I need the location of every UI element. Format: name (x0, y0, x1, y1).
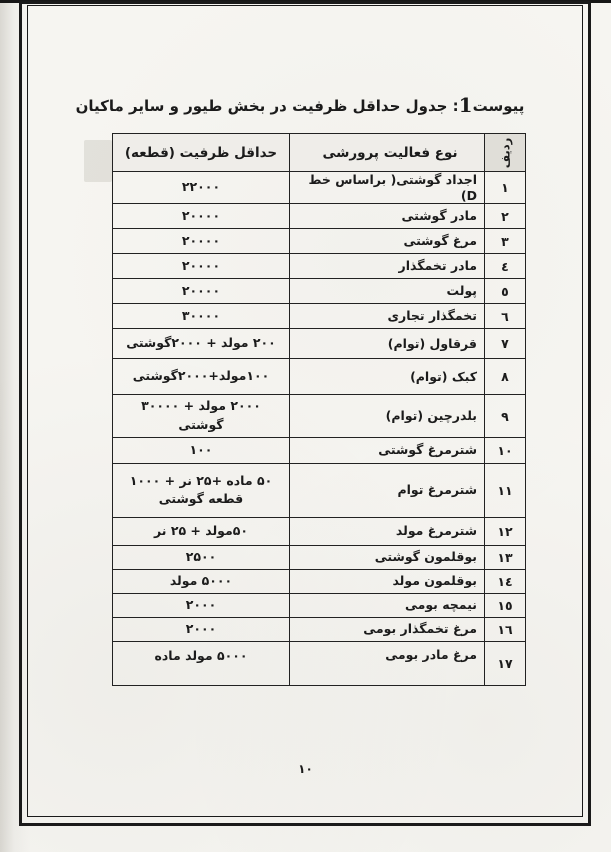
activity-cell: بوقلمون گوشتی (290, 545, 485, 569)
title-rest: : جدول حداقل ظرفیت در بخش طیور و سایر ما… (76, 97, 459, 115)
table-row: ۸کبک (توام)۱۰۰مولد+۲۰۰۰گوشتی (113, 359, 526, 395)
header-activity: نوع فعالیت پرورشی (290, 134, 485, 172)
row-number-cell: ۱٥ (485, 593, 526, 617)
activity-cell: مادر تخمگذار (290, 254, 485, 279)
capacity-cell: ۱۰۰ (113, 437, 290, 463)
title-appendix-number: 1 (459, 93, 473, 117)
table-row: ۲مادر گوشتی۲۰۰۰۰ (113, 204, 526, 229)
row-number-cell: ۳ (485, 229, 526, 254)
table-row: ۱اجداد گوشتی( براساس خط D)۲۲۰۰۰ (113, 172, 526, 204)
capacity-cell: ۲۰۰۰ مولد + ۳۰۰۰۰ گوشتی (113, 395, 290, 438)
activity-cell: بلدرچین (توام) (290, 395, 485, 438)
page-number: ۱۰ (0, 762, 611, 776)
capacity-cell: ۳۰۰۰۰ (113, 304, 290, 329)
table-row: ٥پولت۲۰۰۰۰ (113, 279, 526, 304)
table-row: ۱٦مرغ تخمگذار بومی۲۰۰۰ (113, 617, 526, 641)
scanned-document-page: { "page": { "title": { "prefix": "پیوست"… (0, 0, 611, 852)
capacity-cell: ۱۰۰مولد+۲۰۰۰گوشتی (113, 359, 290, 395)
activity-cell: بوقلمون مولد (290, 569, 485, 593)
activity-cell: مادر گوشتی (290, 204, 485, 229)
table-row: ۷قرقاول (توام)۲۰۰ مولد + ۲۰۰۰گوشتی (113, 329, 526, 359)
activity-cell: کبک (توام) (290, 359, 485, 395)
row-number-cell: ۱٤ (485, 569, 526, 593)
capacity-cell: ۵۰مولد + ۲۵ نر (113, 517, 290, 545)
row-number-cell: ٦ (485, 304, 526, 329)
header-capacity: حداقل ظرفیت (قطعه) (113, 134, 290, 172)
table-body: ۱اجداد گوشتی( براساس خط D)۲۲۰۰۰۲مادر گوش… (113, 172, 526, 686)
capacity-cell: ۲۰۰۰۰ (113, 229, 290, 254)
table-row: ۱۳بوقلمون گوشتی۲۵۰۰ (113, 545, 526, 569)
table-header-row: ردیف نوع فعالیت پرورشی حداقل ظرفیت (قطعه… (113, 134, 526, 172)
row-number-cell: ۱۰ (485, 437, 526, 463)
table-row: ۱۱شترمرغ توام۵۰ ماده +۲۵ نر + ۱۰۰۰ قطعه … (113, 463, 526, 517)
activity-cell: شترمرغ گوشتی (290, 437, 485, 463)
activity-cell: مرغ گوشتی (290, 229, 485, 254)
capacity-cell: ۲۵۰۰ (113, 545, 290, 569)
page-title: پیوست1: جدول حداقل ظرفیت در بخش طیور و س… (60, 92, 540, 116)
capacity-cell: ۲۰۰۰۰ (113, 254, 290, 279)
row-number-cell: ۸ (485, 359, 526, 395)
header-row-number-label: ردیف (498, 137, 512, 168)
activity-cell: مرغ مادر بومی (290, 641, 485, 685)
row-number-cell: ۹ (485, 395, 526, 438)
row-number-cell: ٤ (485, 254, 526, 279)
activity-cell: نیمچه بومی (290, 593, 485, 617)
activity-cell: شترمرغ توام (290, 463, 485, 517)
table-row: ٤مادر تخمگذار۲۰۰۰۰ (113, 254, 526, 279)
table-row: ۹بلدرچین (توام)۲۰۰۰ مولد + ۳۰۰۰۰ گوشتی (113, 395, 526, 438)
row-number-cell: ۱۱ (485, 463, 526, 517)
row-number-cell: ۱۳ (485, 545, 526, 569)
capacity-table: ردیف نوع فعالیت پرورشی حداقل ظرفیت (قطعه… (112, 133, 526, 686)
table-row: ۱٥نیمچه بومی۲۰۰۰ (113, 593, 526, 617)
row-number-cell: ۱۷ (485, 641, 526, 685)
title-prefix: پیوست (473, 97, 525, 115)
header-row-number: ردیف (485, 134, 526, 172)
scan-smudge (84, 140, 112, 182)
capacity-cell: ۲۰۰۰ (113, 617, 290, 641)
activity-cell: تخمگذار تجاری (290, 304, 485, 329)
capacity-cell: ۵۰ ماده +۲۵ نر + ۱۰۰۰ قطعه گوشتی (113, 463, 290, 517)
row-number-cell: ۱ (485, 172, 526, 204)
table-row: ۱۰شترمرغ گوشتی۱۰۰ (113, 437, 526, 463)
capacity-cell: ۲۲۰۰۰ (113, 172, 290, 204)
capacity-cell: ۲۰۰۰ (113, 593, 290, 617)
table-row: ۱۲شترمرغ مولد۵۰مولد + ۲۵ نر (113, 517, 526, 545)
capacity-cell: ۲۰۰۰۰ (113, 204, 290, 229)
table-row: ٦تخمگذار تجاری۳۰۰۰۰ (113, 304, 526, 329)
table-row: ۱٤بوقلمون مولد۵۰۰۰ مولد (113, 569, 526, 593)
capacity-cell: ۲۰۰ مولد + ۲۰۰۰گوشتی (113, 329, 290, 359)
activity-cell: اجداد گوشتی( براساس خط D) (290, 172, 485, 204)
capacity-cell: ۲۰۰۰۰ (113, 279, 290, 304)
row-number-cell: ۲ (485, 204, 526, 229)
activity-cell: شترمرغ مولد (290, 517, 485, 545)
activity-cell: قرقاول (توام) (290, 329, 485, 359)
capacity-cell: ۵۰۰۰ مولد (113, 569, 290, 593)
row-number-cell: ۷ (485, 329, 526, 359)
activity-cell: مرغ تخمگذار بومی (290, 617, 485, 641)
activity-cell: پولت (290, 279, 485, 304)
table-row: ۱۷مرغ مادر بومی۵۰۰۰ مولد ماده (113, 641, 526, 685)
row-number-cell: ٥ (485, 279, 526, 304)
capacity-cell: ۵۰۰۰ مولد ماده (113, 641, 290, 685)
row-number-cell: ۱۲ (485, 517, 526, 545)
table-row: ۳مرغ گوشتی۲۰۰۰۰ (113, 229, 526, 254)
row-number-cell: ۱٦ (485, 617, 526, 641)
